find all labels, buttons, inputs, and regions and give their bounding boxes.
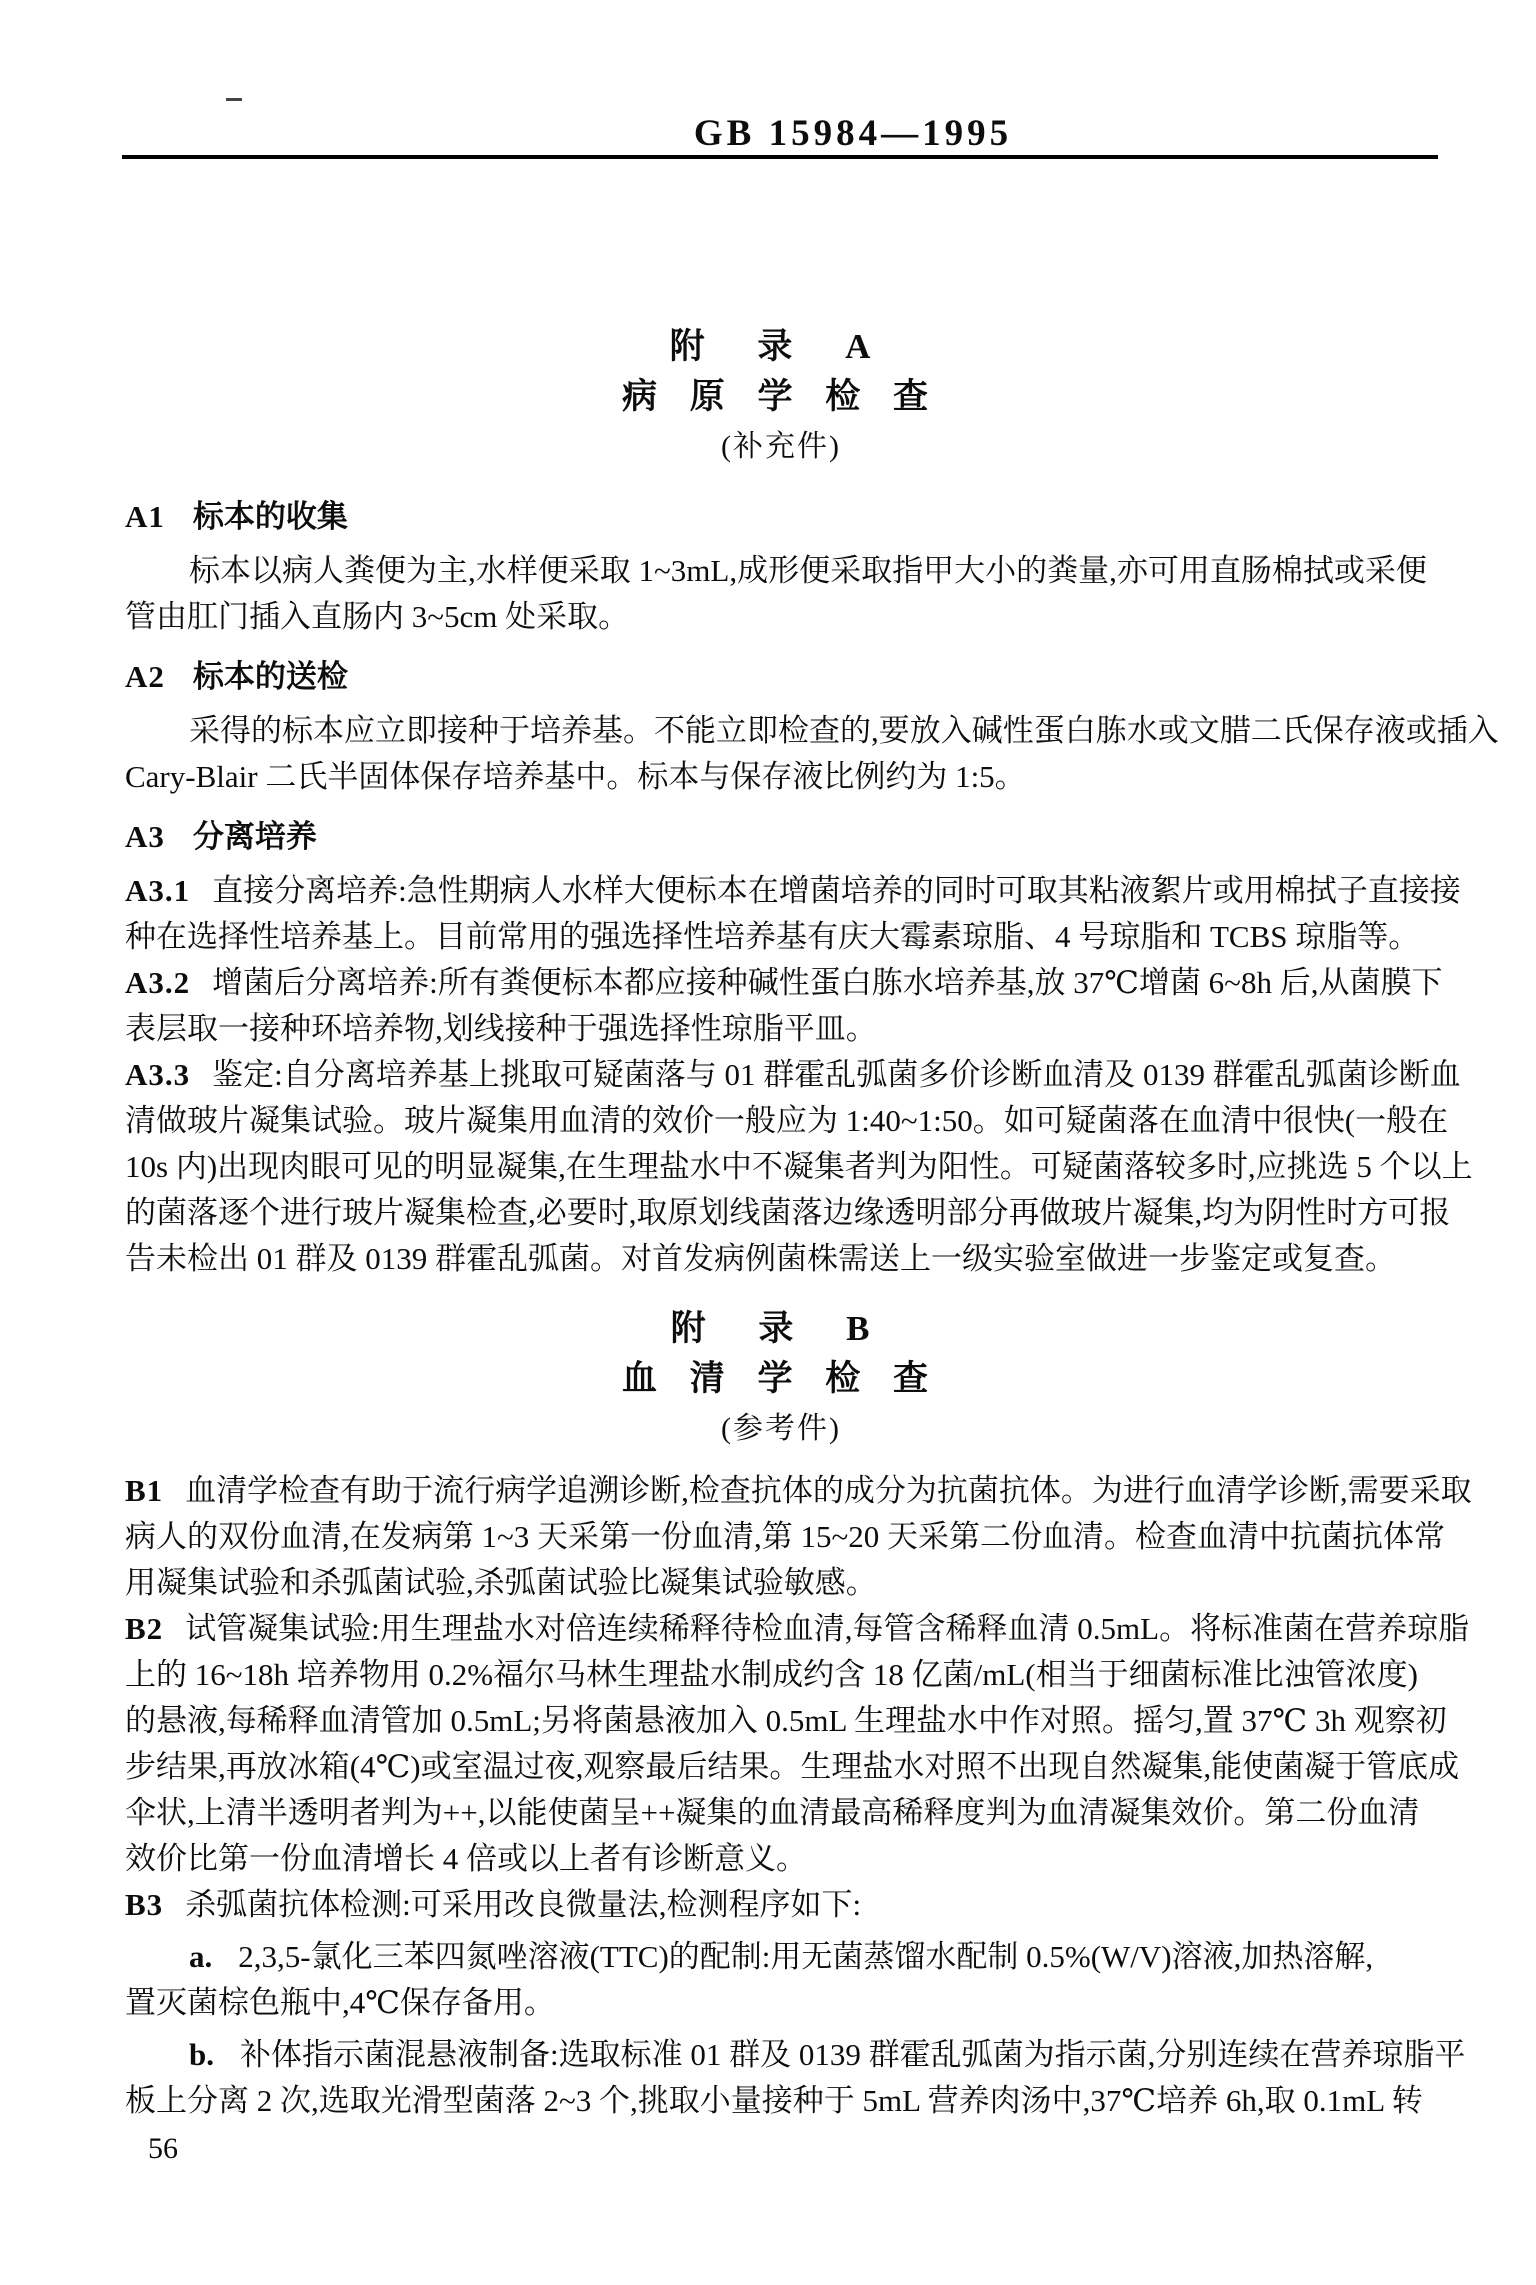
item-b-label: b. xyxy=(189,2037,214,2072)
clause-text: 杀弧菌抗体检测:可采用改良微量法,检测程序如下: xyxy=(185,1887,861,1922)
clause-a33-label: A3.3 xyxy=(125,1057,190,1092)
section-a1-heading: A1标本的收集 xyxy=(125,494,1437,540)
paragraph-line: 的菌落逐个进行玻片凝集检查,必要时,取原划线菌落边缘透明部分再做玻片凝集,均为阴… xyxy=(125,1190,1437,1236)
standard-number: GB 15984—1995 xyxy=(0,112,1536,155)
clause-a31-line: A3.1直接分离培养:急性期病人水样大便标本在增菌培养的同时可取其粘液絮片或用棉… xyxy=(125,868,1437,914)
paragraph-line: Cary-Blair 二氏半固体保存培养基中。标本与保存液比例约为 1:5。 xyxy=(125,754,1437,800)
paragraph-line: 的悬液,每稀释血清管加 0.5mL;另将菌悬液加入 0.5mL 生理盐水中作对照… xyxy=(125,1698,1437,1744)
page-number: 56 xyxy=(148,2132,178,2166)
section-a3-heading: A3分离培养 xyxy=(125,814,1437,860)
paragraph-line: 管由肛门插入直肠内 3~5cm 处采取。 xyxy=(125,594,1437,640)
clause-b1-label: B1 xyxy=(125,1473,163,1508)
section-a3-title: 分离培养 xyxy=(193,819,317,854)
item-text: 2,3,5-氯化三苯四氮唑溶液(TTC)的配制:用无菌蒸馏水配制 0.5%(W/… xyxy=(238,1939,1373,1974)
paragraph-line: 种在选择性培养基上。目前常用的强选择性培养基有庆大霉素琼脂、4 号琼脂和 TCB… xyxy=(125,914,1437,960)
clause-a32-line: A3.2增菌后分离培养:所有粪便标本都应接种碱性蛋白胨水培养基,放 37℃增菌 … xyxy=(125,960,1437,1006)
paragraph-line: 效价比第一份血清增长 4 倍或以上者有诊断意义。 xyxy=(125,1836,1437,1882)
clause-b1-line: B1血清学检查有助于流行病学追溯诊断,检查抗体的成分为抗菌抗体。为进行血清学诊断… xyxy=(125,1468,1437,1514)
paragraph-line: 采得的标本应立即接种于培养基。不能立即检查的,要放入碱性蛋白胨水或文腊二氏保存液… xyxy=(125,708,1437,754)
clause-b2-label: B2 xyxy=(125,1611,163,1646)
scan-artifact xyxy=(226,98,242,101)
paragraph-line: 用凝集试验和杀弧菌试验,杀弧菌试验比凝集试验敏感。 xyxy=(125,1560,1437,1606)
document-page: GB 15984—1995 附 录 A 病 原 学 检 查 (补充件) A1标本… xyxy=(0,0,1536,2285)
clause-b3-label: B3 xyxy=(125,1887,163,1922)
item-a-label: a. xyxy=(189,1939,212,1974)
clause-b3-line: B3杀弧菌抗体检测:可采用改良微量法,检测程序如下: xyxy=(125,1882,1437,1928)
appendix-a-subtitle: 病 原 学 检 查 xyxy=(125,372,1437,422)
clause-text: 试管凝集试验:用生理盐水对倍连续稀释待检血清,每管含稀释血清 0.5mL。将标准… xyxy=(185,1611,1469,1646)
clause-text: 直接分离培养:急性期病人水样大便标本在增菌培养的同时可取其粘液絮片或用棉拭子直接… xyxy=(212,873,1461,908)
paragraph-line: 步结果,再放冰箱(4℃)或室温过夜,观察最后结果。生理盐水对照不出现自然凝集,能… xyxy=(125,1744,1437,1790)
header-rule xyxy=(122,155,1438,159)
paragraph-line: 表层取一接种环培养物,划线接种于强选择性琼脂平皿。 xyxy=(125,1006,1437,1052)
appendix-a-note: (补充件) xyxy=(125,422,1437,472)
paragraph-line: 伞状,上清半透明者判为++,以能使菌呈++凝集的血清最高稀释度判为血清凝集效价。… xyxy=(125,1790,1437,1836)
clause-text: 鉴定:自分离培养基上挑取可疑菌落与 01 群霍乱弧菌多价诊断血清及 0139 群… xyxy=(212,1057,1461,1092)
paragraph-line: 病人的双份血清,在发病第 1~3 天采第一份血清,第 15~20 天采第二份血清… xyxy=(125,1514,1437,1560)
section-a3-label: A3 xyxy=(125,819,165,854)
document-content: 附 录 A 病 原 学 检 查 (补充件) A1标本的收集 标本以病人粪便为主,… xyxy=(125,322,1437,2124)
appendix-b-title: 附 录 B xyxy=(125,1304,1437,1354)
item-a-line: a.2,3,5-氯化三苯四氮唑溶液(TTC)的配制:用无菌蒸馏水配制 0.5%(… xyxy=(125,1934,1437,1980)
clause-a33-line: A3.3鉴定:自分离培养基上挑取可疑菌落与 01 群霍乱弧菌多价诊断血清及 01… xyxy=(125,1052,1437,1098)
section-a2-heading: A2标本的送检 xyxy=(125,654,1437,700)
item-text: 补体指示菌混悬液制备:选取标准 01 群及 0139 群霍乱弧菌为指示菌,分别连… xyxy=(240,2037,1465,2072)
appendix-b-subtitle: 血 清 学 检 查 xyxy=(125,1354,1437,1404)
section-a1-title: 标本的收集 xyxy=(193,499,348,534)
appendix-b-note: (参考件) xyxy=(125,1404,1437,1454)
paragraph-line: 置灭菌棕色瓶中,4℃保存备用。 xyxy=(125,1980,1437,2026)
appendix-b-title-block: 附 录 B 血 清 学 检 查 (参考件) xyxy=(125,1304,1437,1454)
paragraph-line: 标本以病人粪便为主,水样便采取 1~3mL,成形便采取指甲大小的粪量,亦可用直肠… xyxy=(125,548,1437,594)
paragraph-line: 上的 16~18h 培养物用 0.2%福尔马林生理盐水制成约含 18 亿菌/mL… xyxy=(125,1652,1437,1698)
appendix-a-title: 附 录 A xyxy=(125,322,1437,372)
paragraph-line: 板上分离 2 次,选取光滑型菌落 2~3 个,挑取小量接种于 5mL 营养肉汤中… xyxy=(125,2078,1437,2124)
clause-text: 增菌后分离培养:所有粪便标本都应接种碱性蛋白胨水培养基,放 37℃增菌 6~8h… xyxy=(212,965,1442,1000)
section-a2-title: 标本的送检 xyxy=(193,659,348,694)
paragraph-line: 清做玻片凝集试验。玻片凝集用血清的效价一般应为 1:40~1:50。如可疑菌落在… xyxy=(125,1098,1437,1144)
clause-text: 血清学检查有助于流行病学追溯诊断,检查抗体的成分为抗菌抗体。为进行血清学诊断,需… xyxy=(185,1473,1472,1508)
clause-b2-line: B2试管凝集试验:用生理盐水对倍连续稀释待检血清,每管含稀释血清 0.5mL。将… xyxy=(125,1606,1437,1652)
appendix-a-title-block: 附 录 A 病 原 学 检 查 (补充件) xyxy=(125,322,1437,472)
clause-a31-label: A3.1 xyxy=(125,873,190,908)
section-a1-label: A1 xyxy=(125,499,165,534)
clause-a32-label: A3.2 xyxy=(125,965,190,1000)
item-b-line: b.补体指示菌混悬液制备:选取标准 01 群及 0139 群霍乱弧菌为指示菌,分… xyxy=(125,2032,1437,2078)
section-a2-label: A2 xyxy=(125,659,165,694)
paragraph-line: 告未检出 01 群及 0139 群霍乱弧菌。对首发病例菌株需送上一级实验室做进一… xyxy=(125,1236,1437,1282)
paragraph-line: 10s 内)出现肉眼可见的明显凝集,在生理盐水中不凝集者判为阳性。可疑菌落较多时… xyxy=(125,1144,1437,1190)
